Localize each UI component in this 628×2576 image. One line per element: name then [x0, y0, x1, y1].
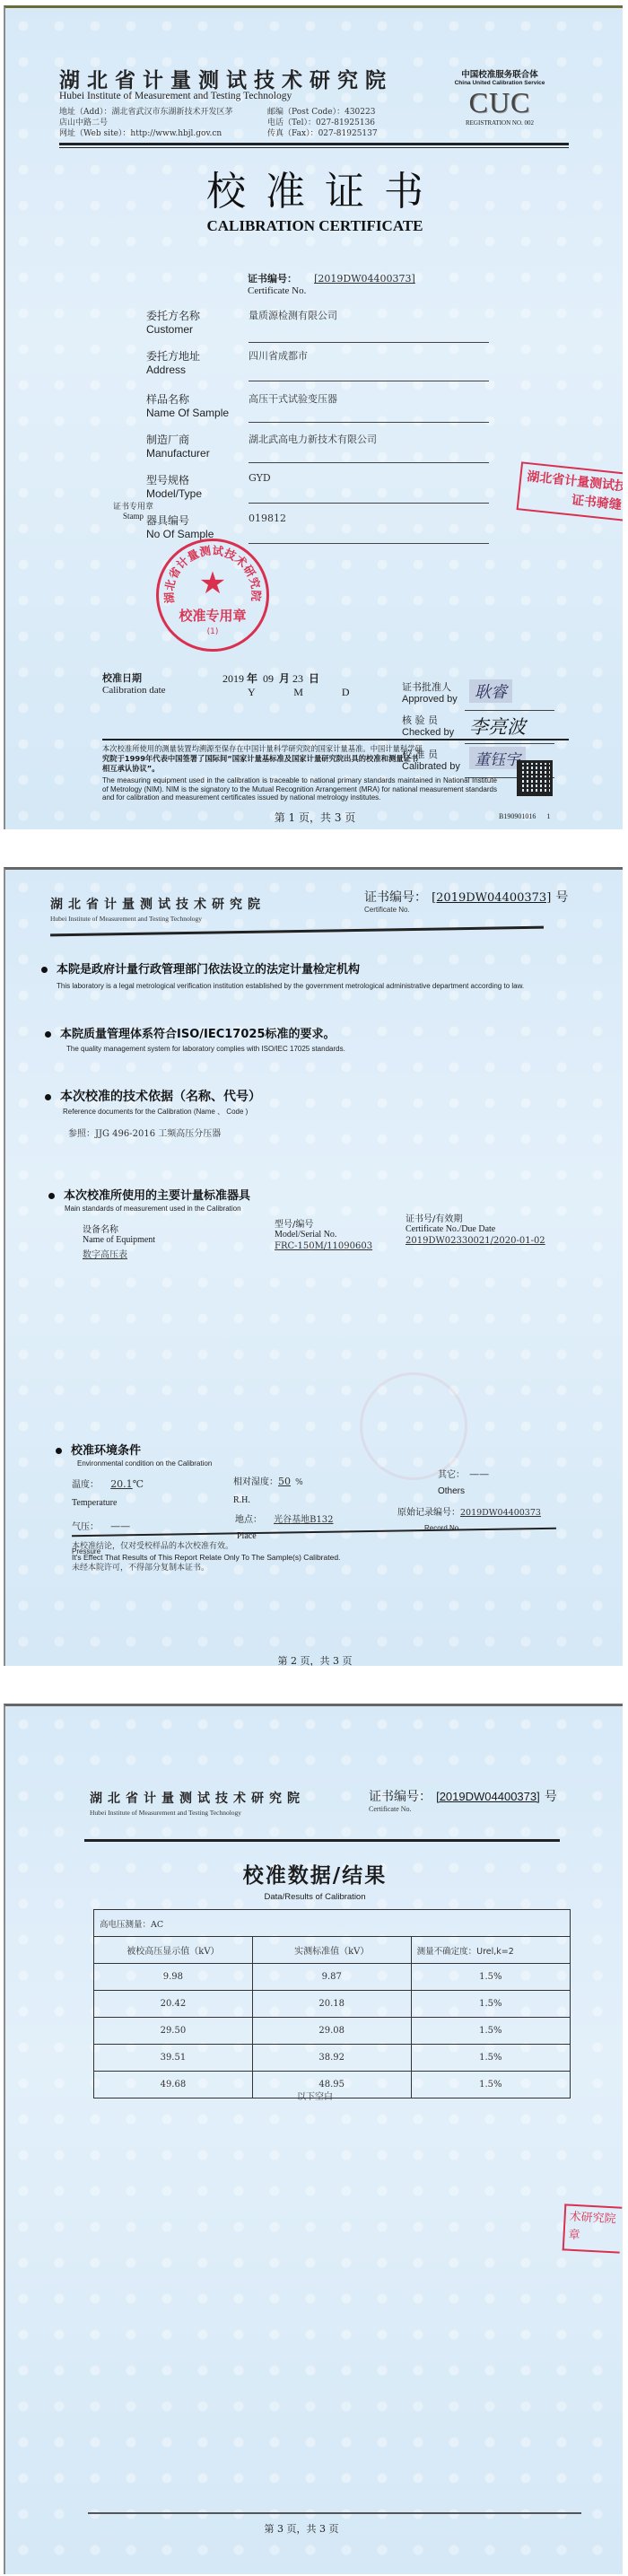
cert-no-suffix: 号: [545, 1790, 557, 1804]
field-label-en: Model/Type: [146, 487, 487, 500]
calibration-seal: 湖北省计量测试技术研究院 ★ 校准专用章 (1): [156, 539, 269, 652]
blank-below-note: 以下空白: [5, 2089, 623, 2102]
column-label-en: Name of Equipment: [83, 1235, 155, 1245]
field-address: 委托方地址 Address 四川省成都市: [146, 348, 487, 391]
env-humidity: 相对湿度：50 % R.H.: [233, 1471, 377, 1505]
header-standard-value: 实测标准值（kV）: [252, 1937, 411, 1964]
cert-no-label-en: Certificate No.: [248, 285, 415, 296]
certificate-number-block: 证书编号： [2019DW04400373] Certificate No.: [248, 268, 415, 296]
field-value: 量质源检测有限公司: [249, 308, 337, 322]
page-number: 第 2 页，共 3 页: [5, 1653, 623, 1666]
rh-value: 50: [278, 1476, 291, 1487]
field-label-en: No Of Sample: [146, 528, 487, 540]
header-displayed-value: 被校高压显示值（kV）: [94, 1937, 253, 1964]
signature-name: 耿睿: [469, 679, 512, 703]
displayed-value-cell: 29.50: [94, 2018, 253, 2045]
page-header-institute-en: Hubei Institute of Measurement and Testi…: [50, 915, 202, 923]
standard-cert-due: 证书号/有效期 Certificate No./Due Date 2019DW0…: [406, 1211, 545, 1246]
note-line-1: 本校准结论，仅对受校样品的本次校准有效。: [72, 1541, 449, 1552]
column-label-cn: 证书号/有效期: [406, 1211, 545, 1224]
uncertainty-cell: 1.5%: [411, 2018, 570, 2045]
bullet-icon: [45, 1094, 51, 1100]
traceability-statement-cn: 本次校准所使用的测量装置均溯源至保存在中国计量科学研究院的国家计量基准。中国计量…: [102, 744, 488, 774]
standard-value-cell: 9.87: [252, 1964, 411, 1991]
results-title-cn: 校准数据/结果: [5, 1859, 623, 1888]
seam-stamp-line-2: 章: [568, 2227, 617, 2247]
header-rule-thin: [59, 147, 569, 148]
field-value: 四川省成都市: [249, 348, 308, 363]
validity-notes: 本校准结论，仅对受校样品的本次校准有效。 It's Effect That Re…: [72, 1541, 449, 1573]
certificate-fields: 委托方名称 Customer 量质源检测有限公司 委托方地址 Address 四…: [146, 308, 487, 553]
institute-name-en: Hubei Institute of Measurement and Testi…: [59, 91, 292, 101]
reference-value: 参照：JJG 496-2016 工频高压分压器: [45, 1126, 565, 1139]
pressure-value: ——: [110, 1520, 130, 1532]
page-header-institute-cn: 湖北省计量测试技术研究院: [50, 895, 266, 913]
field-label-cn: 委托方地址: [146, 348, 487, 364]
institute-address: 地址（Add）：湖北省武汉市东湖新技术开发区茅 店山中路二号 网址（Web si…: [59, 107, 266, 139]
cal-d-label: D: [342, 686, 350, 698]
seam-stamp-line-1: 术研究院: [569, 2209, 618, 2230]
table-row: 29.5029.081.5%: [94, 2018, 571, 2045]
cert-no-label-cn: 证书编号：: [369, 1790, 432, 1804]
table-section-row: 高电压测量：AC: [94, 1910, 571, 1937]
signature-approved: 证书批准人 Approved by 耿睿: [402, 679, 572, 713]
website: 网址（Web site）：http://www.hbjl.gov.cn: [59, 128, 266, 139]
cert-no-label-en: Certificate No.: [364, 906, 568, 914]
environment-title-cn: 校准环境条件: [71, 1444, 141, 1458]
qr-code[interactable]: [517, 760, 553, 796]
page-header-cert-no: 证书编号： [2019DW04400373] 号 Certificate No.: [364, 888, 568, 914]
cal-y-label: Y: [248, 686, 255, 698]
page-header-rule: [50, 926, 544, 937]
field-label-en: Customer: [146, 323, 487, 336]
rh-unit: %: [295, 1478, 303, 1487]
field-value: 高压干式试验变压器: [249, 391, 337, 406]
page-header-institute-cn: 湖北省计量测试技术研究院: [90, 1789, 305, 1807]
main-standards: 本次校准所使用的主要计量标准器具 Main standards of measu…: [48, 1186, 569, 1213]
column-label-en: Model/Serial No.: [275, 1230, 372, 1240]
field-label-en: Manufacturer: [146, 447, 487, 460]
results-title-en: Data/Results of Calibration: [5, 1892, 623, 1902]
statement-cn: 本院是政府计量行政管理部门依法设立的法定计量检定机构: [57, 963, 360, 977]
displayed-value-cell: 39.51: [94, 2045, 253, 2072]
cal-m-label: M: [293, 686, 303, 698]
signature-line: [465, 710, 554, 711]
uncertainty-cell: 1.5%: [411, 1991, 570, 2018]
field-customer: 委托方名称 Customer 量质源检测有限公司: [146, 308, 487, 348]
signature-name: 李亮波: [469, 713, 526, 740]
field-label-en: Name Of Sample: [146, 407, 487, 419]
header-rule: [59, 143, 569, 145]
temperature-value: 20.1: [110, 1478, 133, 1490]
standard-equipment-name: 设备名称 Name of Equipment 数字高压表: [83, 1216, 155, 1260]
table-row: 39.5138.921.5%: [94, 2045, 571, 2072]
seal-bottom-text: 校准专用章: [159, 606, 266, 625]
others-value: ——: [469, 1468, 489, 1480]
cuc-name-cn: 中国校准服务联合体: [441, 67, 558, 80]
statement-en: The quality management system for labora…: [45, 1045, 565, 1053]
seal-number: (1): [159, 627, 266, 636]
temperature-label-cn: 温度：: [72, 1480, 99, 1490]
stamp-label: 证书专用章 Stamp: [113, 500, 153, 521]
page-header-rule: [84, 1839, 560, 1842]
field-underline: [249, 422, 489, 423]
page-header-institute-en: Hubei Institute of Measurement and Testi…: [90, 1809, 241, 1817]
uncertainty-cell: 1.5%: [411, 2045, 570, 2072]
header-uncertainty: 测量不确定度：Urel,k=2: [411, 1937, 570, 1964]
traceability-cn-line-1: 本次校准所使用的测量装置均溯源至保存在中国计量科学研究院的国家计量基准。中国计量…: [102, 744, 488, 754]
serial-number: B190901016: [499, 812, 536, 820]
cuc-logo-block: 中国校准服务联合体 China United Calibration Servi…: [441, 67, 558, 127]
note-line-3: 未经本院许可，不得部分复制本证书。: [72, 1563, 449, 1573]
cal-date-label-cn: 校准日期: [102, 670, 166, 685]
cert-no-value: [2019DW04400373]: [436, 1790, 540, 1803]
bullet-icon: [41, 967, 48, 973]
statement-iso: 本院质量管理体系符合ISO/IEC17025标准的要求。 The quality…: [45, 1024, 565, 1053]
institute-name-cn: 湖北省计量测试技术研究院: [59, 64, 393, 93]
cal-date-label-en: Calibration date: [102, 685, 166, 696]
calibration-date-value: 2019 年 09 月 23 日 Y M D: [222, 670, 350, 699]
displayed-value-cell: 20.42: [94, 1991, 253, 2018]
field-sample-name: 样品名称 Name Of Sample 高压干式试验变压器: [146, 391, 487, 432]
field-underline: [249, 543, 489, 544]
record-label-cn: 原始记录编号：: [397, 1508, 460, 1518]
column-value: 数字高压表: [83, 1247, 155, 1260]
results-table-container: 高电压测量：AC 被校高压显示值（kV） 实测标准值（kV） 测量不确定度：Ur…: [93, 1909, 571, 2098]
cal-month: 09: [263, 672, 274, 685]
stamp-label-cn: 证书专用章: [113, 500, 153, 512]
column-value: FRC-150M/11090603: [275, 1241, 372, 1251]
field-label-cn: 型号规格: [146, 472, 487, 487]
bullet-icon: [56, 1448, 62, 1454]
cal-day: 23: [292, 672, 303, 685]
calibration-date-label: 校准日期 Calibration date: [102, 670, 166, 696]
signature-checked: 核 验 员 Checked by 李亮波: [402, 713, 572, 747]
seam-stamp: 湖北省计量测试技 证书骑缝: [517, 461, 623, 521]
results-table: 高电压测量：AC 被校高压显示值（kV） 实测标准值（kV） 测量不确定度：Ur…: [93, 1909, 571, 2098]
certificate-page-2: 湖北省计量测试技术研究院 Hubei Institute of Measurem…: [4, 867, 623, 1666]
cuc-registration: REGISTRATION NO. 002: [441, 119, 558, 127]
statement-cn: 本院质量管理体系符合ISO/IEC17025标准的要求。: [60, 1028, 335, 1041]
statement-en: This laboratory is a legal metrological …: [41, 980, 562, 993]
field-underline: [249, 462, 489, 463]
field-value: 019812: [249, 513, 286, 524]
column-label-cn: 型号/编号: [275, 1216, 372, 1230]
note-line-2: It's Effect That Results of This Report …: [72, 1552, 449, 1563]
institute-contact: 邮编（Post Code）：430223 电话（Tel）：027-8192513…: [267, 107, 378, 139]
field-model-type: 型号规格 Model/Type GYD: [146, 472, 487, 513]
field-manufacturer: 制造厂商 Manufacturer 湖北武高电力新技术有限公司: [146, 432, 487, 472]
temperature-unit: ℃: [133, 1478, 144, 1490]
env-temperature: 温度： 20.1℃ Temperature: [72, 1476, 251, 1508]
cal-year-unit: 年: [247, 672, 257, 685]
standard-value-cell: 20.18: [252, 1991, 411, 2018]
others-label-cn: 其它：: [438, 1470, 465, 1480]
cuc-name-en: China United Calibration Service: [441, 80, 558, 86]
certificate-page-1: 湖北省计量测试技术研究院 Hubei Institute of Measurem…: [4, 5, 623, 829]
field-underline: [249, 503, 489, 504]
standard-model-serial: 型号/编号 Model/Serial No. FRC-150M/11090603: [275, 1216, 372, 1251]
traceability-cn-line-3: 相互承认协议”。: [102, 764, 488, 774]
document-serial: B190901016 1: [499, 812, 550, 820]
field-value: GYD: [249, 472, 271, 484]
statement-legal: 本院是政府计量行政管理部门依法设立的法定计量检定机构 This laborato…: [41, 959, 562, 993]
env-place: 地点： 光谷基地B132 Place: [235, 1509, 397, 1541]
place-value: 光谷基地B132: [274, 1515, 333, 1525]
cert-no-label-cn: 证书编号：: [248, 273, 297, 285]
field-underline: [249, 381, 489, 381]
table-header-row: 被校高压显示值（kV） 实测标准值（kV） 测量不确定度：Urel,k=2: [94, 1937, 571, 1964]
postcode: 邮编（Post Code）：430223: [267, 107, 378, 118]
footer-rule: [88, 2512, 581, 2514]
standards-title-cn: 本次校准所使用的主要计量标准器具: [64, 1189, 250, 1203]
telephone: 电话（Tel）：027-81925136: [267, 118, 378, 128]
place-label-cn: 地点：: [235, 1515, 262, 1525]
column-value: 2019DW02330021/2020-01-02: [406, 1236, 545, 1246]
page-header-cert-no: 证书编号： [2019DW04400373] 号 Certificate No.: [369, 1787, 557, 1813]
traceability-cn-line-2: 究院于1999年代表中国签署了国际间“国家计量基标准及国家计量研究院出具的校准和…: [102, 754, 488, 764]
address-line-1: 地址（Add）：湖北省武汉市东湖新技术开发区茅: [59, 107, 266, 118]
address-line-2: 店山中路二号: [59, 118, 266, 128]
field-label-cn: 器具编号: [146, 513, 487, 528]
column-label-cn: 设备名称: [83, 1222, 155, 1235]
reference-documents: 本次校准的技术依据（名称、代号） Reference documents for…: [45, 1087, 565, 1139]
displayed-value-cell: 9.98: [94, 1964, 253, 1991]
table-row: 9.989.871.5%: [94, 1964, 571, 1991]
env-others: 其它： —— Others: [438, 1464, 545, 1496]
footer-rule: [102, 739, 569, 740]
cal-month-unit: 月: [279, 672, 290, 685]
cert-no-label-en: Certificate No.: [369, 1805, 557, 1813]
star-icon: ★: [159, 568, 266, 599]
table-section-label: 高电压测量：AC: [94, 1910, 571, 1937]
page-number: 第 3 页，共 3 页: [5, 2521, 623, 2536]
cert-no-value: [2019DW04400373]: [432, 891, 551, 905]
seam-stamp: 术研究院 章: [563, 2204, 623, 2253]
field-underline: [249, 342, 489, 343]
reference-title-en: Reference documents for the Calibration …: [45, 1107, 565, 1117]
bullet-icon: [48, 1193, 55, 1199]
certificate-title-cn: 校准证书: [5, 159, 623, 216]
cal-day-unit: 日: [309, 672, 319, 685]
cert-no-value: [2019DW04400373]: [314, 273, 415, 285]
cert-no-suffix: 号: [555, 890, 568, 905]
field-label-en: Address: [146, 364, 487, 376]
others-label-en: Others: [438, 1486, 545, 1496]
standard-value-cell: 29.08: [252, 2018, 411, 2045]
cuc-logo: CUC: [441, 86, 558, 119]
certificate-title-en: CALIBRATION CERTIFICATE: [5, 217, 623, 235]
traceability-statement-en: The measuring equipment used in the cali…: [102, 776, 497, 802]
record-value: 2019DW04400373: [460, 1508, 541, 1518]
cal-year: 2019: [222, 672, 244, 685]
certificate-page-3: 湖北省计量测试技术研究院 Hubei Institute of Measurem…: [4, 1704, 623, 2574]
standard-value-cell: 38.92: [252, 2045, 411, 2072]
uncertainty-cell: 1.5%: [411, 1964, 570, 1991]
bullet-icon: [45, 1031, 51, 1038]
column-label-en: Certificate No./Due Date: [406, 1224, 545, 1234]
stamp-label-en: Stamp: [113, 512, 153, 521]
rh-label-cn: 相对湿度：: [233, 1477, 278, 1487]
pressure-label-cn: 气压：: [72, 1522, 99, 1532]
reference-title-cn: 本次校准的技术依据（名称、代号）: [60, 1090, 261, 1104]
field-value: 湖北武高电力新技术有限公司: [249, 432, 377, 446]
table-row: 20.4220.181.5%: [94, 1991, 571, 2018]
serial-suffix: 1: [546, 812, 550, 820]
rh-label-en: R.H.: [233, 1495, 377, 1505]
temperature-label-en: Temperature: [72, 1498, 251, 1508]
cert-no-label-cn: 证书编号：: [364, 890, 427, 905]
fax: 传真（Fax）：027-81925137: [267, 128, 378, 139]
